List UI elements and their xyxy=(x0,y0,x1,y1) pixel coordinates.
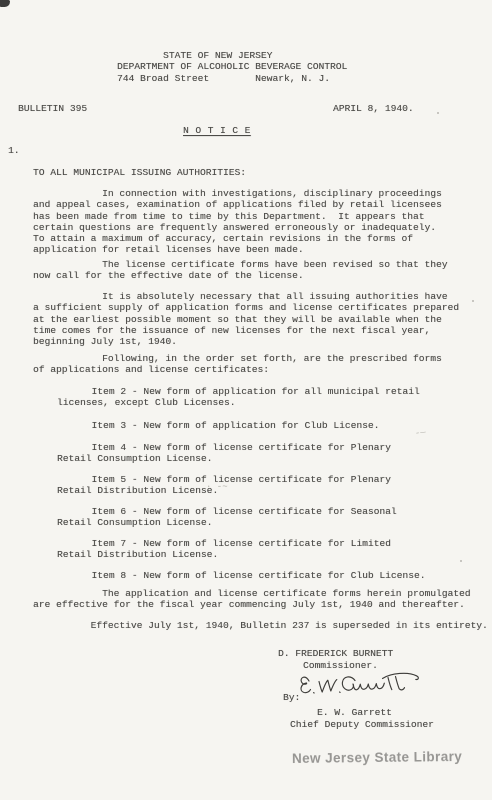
paragraph-supply: It is absolutely necessary that all issu… xyxy=(33,291,459,347)
library-stamp: New Jersey State Library xyxy=(292,749,462,766)
salutation: TO ALL MUNICIPAL ISSUING AUTHORITIES: xyxy=(33,167,246,178)
paper-speck xyxy=(460,560,462,562)
notice-title-text: N O T I C E xyxy=(183,125,251,136)
paper-speck xyxy=(120,330,122,332)
paper-speck xyxy=(472,300,474,302)
typed-signer-name: E. W. Garrett xyxy=(317,707,392,718)
ink-blot-corner xyxy=(0,0,10,7)
letterhead: STATE OF NEW JERSEY DEPARTMENT OF ALCOHO… xyxy=(117,50,347,84)
paper-speck xyxy=(437,112,439,114)
list-item-3: Item 3 - New form of application for Clu… xyxy=(57,420,379,431)
document-date: APRIL 8, 1940. xyxy=(333,103,414,114)
deputy-commissioner-title: Chief Deputy Commissioner xyxy=(290,719,434,730)
handwritten-signature xyxy=(298,669,426,707)
list-item-7: Item 7 - New form of license certificate… xyxy=(57,538,391,561)
commissioner-name: D. FREDERICK BURNETT xyxy=(278,648,393,659)
list-item-2: Item 2 - New form of application for all… xyxy=(57,386,420,409)
paragraph-effective: The application and license certificate … xyxy=(33,588,471,611)
paragraph-supersede: Effective July 1st, 1940, Bulletin 237 i… xyxy=(33,620,488,631)
paragraph-intro: In connection with investigations, disci… xyxy=(33,188,442,256)
list-item-6: Item 6 - New form of license certificate… xyxy=(57,506,397,529)
list-item-4: Item 4 - New form of license certificate… xyxy=(57,442,391,465)
list-item-8: Item 8 - New form of license certificate… xyxy=(57,570,425,581)
paragraph-following: Following, in the order set forth, are t… xyxy=(33,353,442,376)
page-number: 1. xyxy=(8,145,20,156)
paragraph-certificate-forms: The license certificate forms have been … xyxy=(33,259,448,282)
pencil-mark: · -~ xyxy=(206,483,228,492)
bulletin-number: BULLETIN 395 xyxy=(18,103,87,114)
scanned-bulletin-page: STATE OF NEW JERSEY DEPARTMENT OF ALCOHO… xyxy=(0,0,492,800)
notice-title: N O T I C E xyxy=(183,125,251,136)
pencil-mark: -— xyxy=(414,428,426,438)
